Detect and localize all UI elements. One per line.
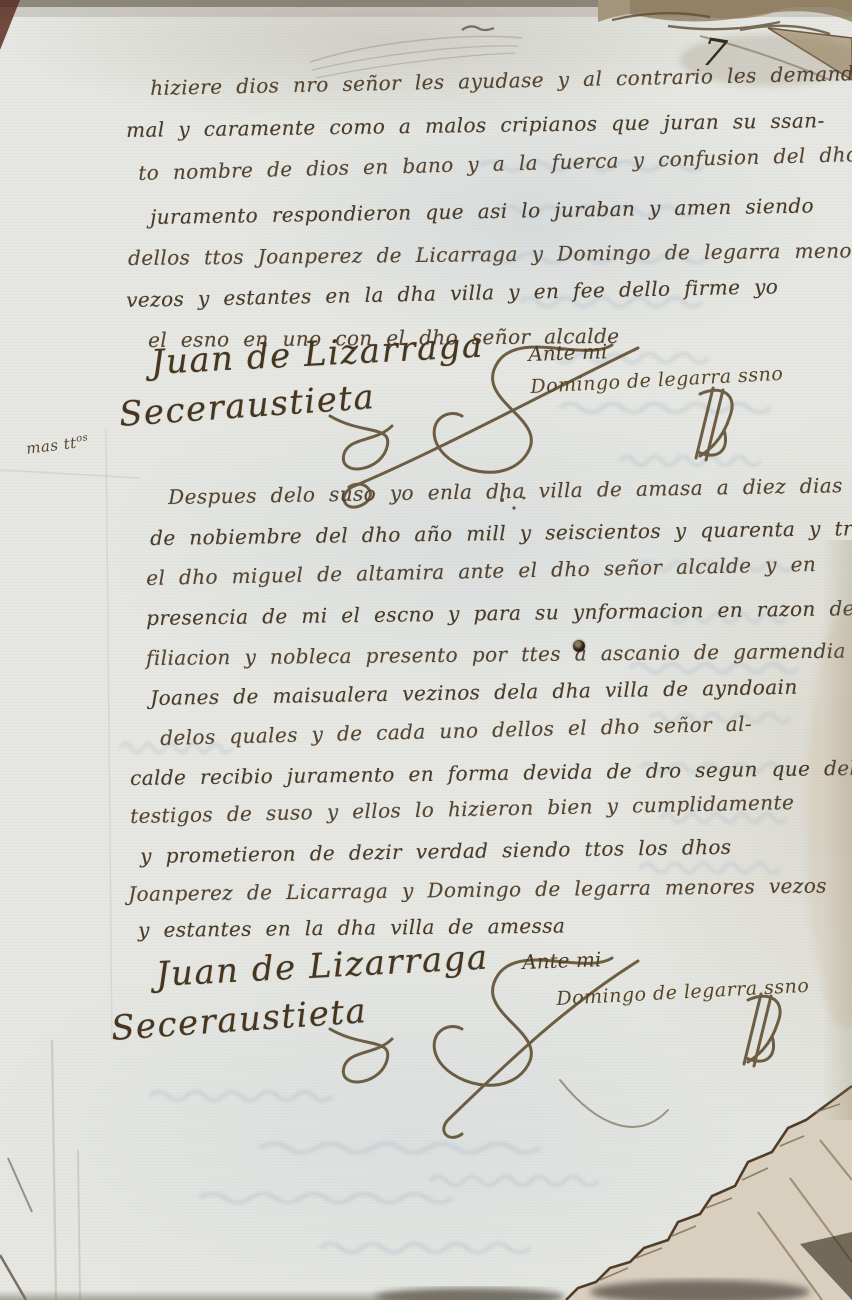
- manuscript-line: delos quales y de cada uno dellos el dho…: [160, 714, 752, 748]
- margin-note: mas ttos: [25, 433, 89, 457]
- manuscript-line: to nombre de dios en bano y a la fuerca …: [138, 144, 852, 183]
- ante-mi-label: Ante mi: [528, 341, 608, 364]
- manuscript-line: Despues delo suso yo enla dha villa de a…: [168, 473, 852, 507]
- margin-note-text: mas tt: [25, 434, 78, 458]
- manuscript-line: filiacion y nobleca presento por ttes a …: [146, 641, 846, 668]
- signature-seceraustieta: Seceraustieta: [118, 380, 376, 432]
- manuscript-line: Joanes de maisualera vezinos dela dha vi…: [150, 677, 798, 708]
- manuscript-line: y estantes en la dha villa de amessa: [138, 916, 565, 940]
- signature-seceraustieta: Seceraustieta: [110, 994, 368, 1046]
- wormhole: [573, 640, 585, 652]
- signature-domingo-de-legarra: Domingo de legarra ssno: [556, 977, 810, 1009]
- manuscript-line: vezos y estantes en la dha villa y en fe…: [126, 276, 778, 310]
- manuscript-line: presencia de mi el escno y para su ynfor…: [146, 598, 852, 628]
- torn-corner-bottom-right: [375, 1086, 852, 1300]
- signature-juan-de-lizarraga: Juan de Lizarraga: [155, 941, 489, 992]
- ante-mi-label: Ante mi: [522, 949, 602, 972]
- manuscript-line: Joanperez de Licarraga y Domingo de lega…: [128, 875, 827, 904]
- manuscript-line: hiziere dios nro señor les ayudase y al …: [150, 63, 852, 98]
- manuscript-line: juramento respondieron que asi lo juraba…: [150, 195, 814, 227]
- manuscript-line: y prometieron de dezir verdad siendo tto…: [140, 837, 732, 866]
- manuscript-page: 7 mas ttos hiziere dios nro señor les ay…: [0, 0, 852, 1300]
- fold-creases: [0, 430, 140, 1300]
- bottom-edge-shading: [0, 1290, 469, 1300]
- manuscript-line: calde recibio juramento en forma devida …: [130, 758, 852, 788]
- right-edge-shading: [822, 540, 852, 1120]
- manuscript-line: mal y caramente como a malos cripianos q…: [126, 110, 825, 140]
- top-left-stain: [0, 0, 20, 50]
- signature-domingo-de-legarra: Domingo de legarra ssno: [530, 365, 784, 397]
- manuscript-line: de nobiembre del dho año mill y seiscien…: [150, 518, 852, 548]
- manuscript-line: el dho miguel de altamira ante el dho se…: [146, 554, 816, 588]
- top-edge-shadow: [0, 0, 852, 7]
- manuscript-line: testigos de suso y ellos lo hizieron bie…: [130, 792, 794, 826]
- manuscript-line: dellos ttos Joanperez de Licarraga y Dom…: [128, 240, 852, 268]
- margin-note-superscript: os: [75, 432, 88, 444]
